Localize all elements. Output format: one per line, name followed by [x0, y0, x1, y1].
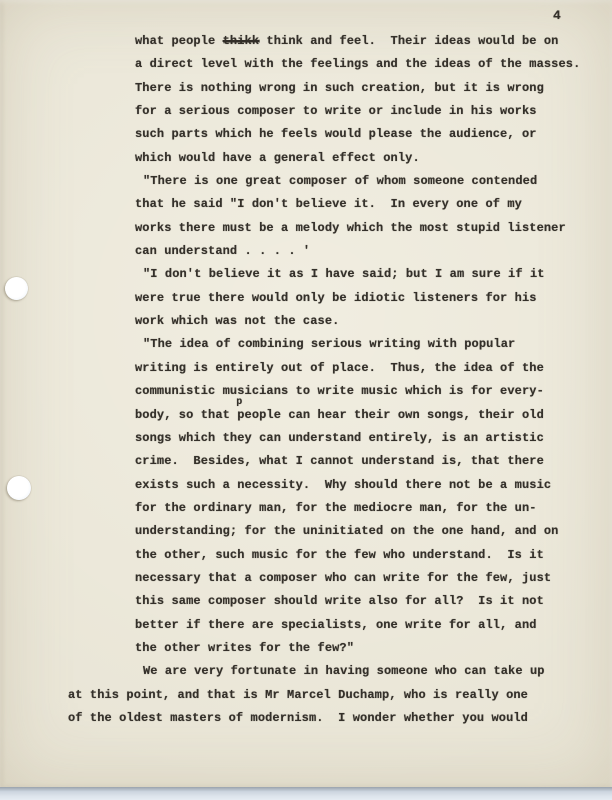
- text-line: "There is one great composer of whom som…: [143, 170, 612, 193]
- text-line: songs which they can understand entirely…: [135, 427, 612, 450]
- text-segment: "The idea of combining serious writing w…: [143, 337, 515, 351]
- text-segment: can understand . . . . ': [135, 244, 310, 258]
- text-segment: at this point, and that is Mr Marcel Duc…: [68, 688, 528, 702]
- text-line: "I don't believe it as I have said; but …: [143, 263, 612, 286]
- text-line: There is nothing wrong in such creation,…: [135, 77, 612, 100]
- text-line: this same composer should write also for…: [135, 590, 612, 613]
- scan-background-strip: [0, 787, 612, 800]
- text-line: the other writes for the few?": [135, 637, 612, 660]
- text-line: for a serious composer to write or inclu…: [135, 100, 612, 123]
- text-segment: better if there are specialists, one wri…: [135, 618, 537, 632]
- text-line: what people thikk think and feel. Their …: [135, 30, 612, 53]
- text-segment: crime. Besides, what I cannot understand…: [135, 454, 544, 468]
- text-line: work which was not the case.: [135, 310, 612, 333]
- text-segment: communistic musicians to write music whi…: [135, 384, 544, 398]
- text-segment: think and feel. Their ideas would be on: [259, 34, 558, 48]
- text-segment: understanding; for the uninitiated on th…: [135, 524, 558, 538]
- text-segment: works there must be a melody which the m…: [135, 221, 566, 235]
- text-segment: songs which they can understand entirely…: [135, 431, 544, 445]
- text-line: such parts which he feels would please t…: [135, 123, 612, 146]
- text-segment: "There is one great composer of whom som…: [143, 174, 537, 188]
- text-segment: for the ordinary man, for the mediocre m…: [135, 501, 537, 515]
- text-line: at this point, and that is Mr Marcel Duc…: [68, 684, 612, 707]
- text-segment: There is nothing wrong in such creation,…: [135, 81, 544, 95]
- text-block: what people thikk think and feel. Their …: [0, 30, 612, 730]
- text-line: the other, such music for the few who un…: [135, 544, 612, 567]
- text-line: communistic musicians to write music whi…: [135, 380, 612, 403]
- text-segment: a direct level with the feelings and the…: [135, 57, 580, 71]
- text-segment: the other, such music for the few who un…: [135, 548, 544, 562]
- corrected-word: peoplep: [237, 408, 281, 422]
- scanned-document: 4 what people thikk think and feel. Thei…: [0, 0, 612, 800]
- text-line: better if there are specialists, one wri…: [135, 614, 612, 637]
- text-line: necessary that a composer who can write …: [135, 567, 612, 590]
- text-line: can understand . . . . ': [135, 240, 612, 263]
- text-segment: writing is entirely out of place. Thus, …: [135, 361, 544, 375]
- text-line: understanding; for the uninitiated on th…: [135, 520, 612, 543]
- text-segment: work which was not the case.: [135, 314, 339, 328]
- text-segment: exists such a necessity. Why should ther…: [135, 478, 551, 492]
- text-segment: that he said "I don't believe it. In eve…: [135, 197, 522, 211]
- text-line: We are very fortunate in having someone …: [143, 660, 612, 683]
- text-segment: were true there would only be idiotic li…: [135, 291, 537, 305]
- page-number: 4: [553, 8, 561, 23]
- text-segment: which would have a general effect only.: [135, 151, 420, 165]
- paper-sheet: 4 what people thikk think and feel. Thei…: [0, 0, 612, 787]
- text-line: body, so that peoplep can hear their own…: [135, 404, 612, 427]
- text-line: crime. Besides, what I cannot understand…: [135, 450, 612, 473]
- text-line: were true there would only be idiotic li…: [135, 287, 612, 310]
- text-segment: can hear their own songs, their old: [281, 408, 544, 422]
- text-segment: of the oldest masters of modernism. I wo…: [68, 711, 528, 725]
- typed-correction-letter: p: [236, 398, 242, 408]
- text-line: which would have a general effect only.: [135, 147, 612, 170]
- struck-out-word: thikk: [223, 34, 260, 48]
- text-segment: body, so that: [135, 408, 237, 422]
- text-segment: such parts which he feels would please t…: [135, 127, 537, 141]
- text-line: exists such a necessity. Why should ther…: [135, 474, 612, 497]
- text-line: that he said "I don't believe it. In eve…: [135, 193, 612, 216]
- text-line: "The idea of combining serious writing w…: [143, 333, 612, 356]
- text-line: works there must be a melody which the m…: [135, 217, 612, 240]
- text-segment: necessary that a composer who can write …: [135, 571, 551, 585]
- text-segment: what people: [135, 34, 223, 48]
- text-line: for the ordinary man, for the mediocre m…: [135, 497, 612, 520]
- text-line: writing is entirely out of place. Thus, …: [135, 357, 612, 380]
- text-segment: We are very fortunate in having someone …: [143, 664, 545, 678]
- text-segment: "I don't believe it as I have said; but …: [143, 267, 545, 281]
- text-line: a direct level with the feelings and the…: [135, 53, 612, 76]
- text-segment: for a serious composer to write or inclu…: [135, 104, 537, 118]
- text-segment: the other writes for the few?": [135, 641, 354, 655]
- text-line: of the oldest masters of modernism. I wo…: [68, 707, 612, 730]
- text-segment: this same composer should write also for…: [135, 594, 544, 608]
